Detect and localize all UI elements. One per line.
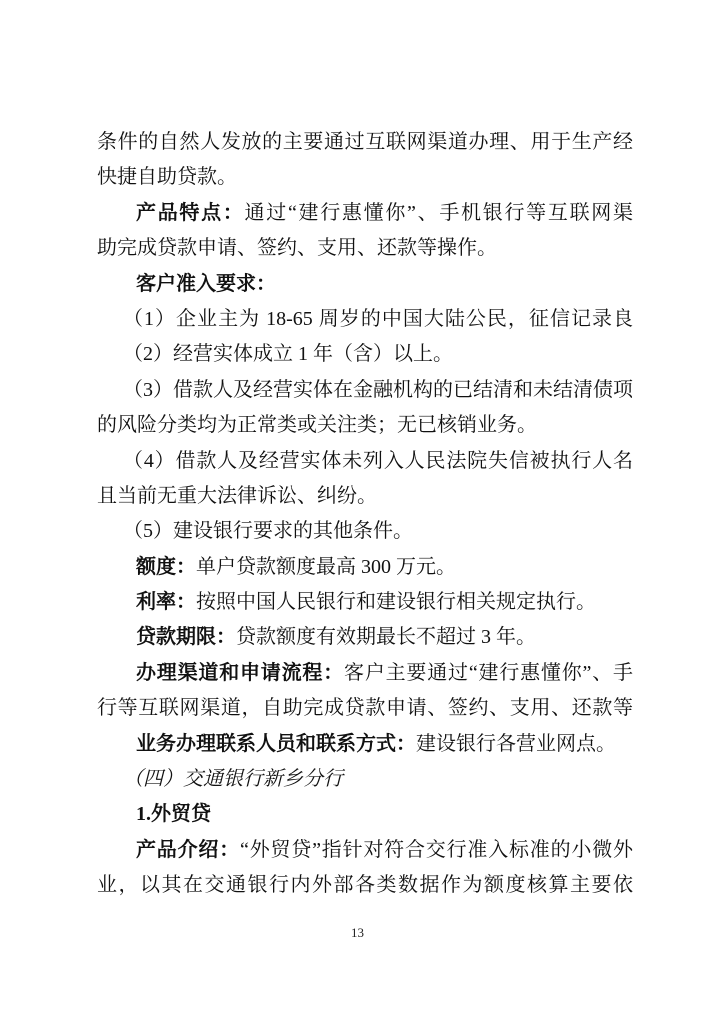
text-line: （四）交通银行新乡分行 xyxy=(97,762,633,797)
text-line: 条件的自然人发放的主要通过互联网渠道办理、用于生产经营的 xyxy=(97,125,633,160)
text-line: 快捷自助贷款。 xyxy=(97,160,633,195)
text-run: （5）建设银行要求的其他条件。 xyxy=(123,520,413,542)
text-run: 贷款额度有效期最长不超过 3 年。 xyxy=(236,626,536,648)
text-line: （4）借款人及经营实体未列入人民法院失信被执行人名单； xyxy=(97,444,633,479)
text-line: （5）建设银行要求的其他条件。 xyxy=(97,514,633,549)
text-line: （3）借款人及经营实体在金融机构的已结清和未结清债项 xyxy=(97,373,633,408)
bold-label: 业务办理联系人员和联系方式： xyxy=(136,733,416,755)
bold-label: 产品介绍： xyxy=(136,839,240,861)
text-run: 助完成贷款申请、签约、支用、还款等操作。 xyxy=(97,237,497,259)
text-run: （3）借款人及经营实体在金融机构的已结清和未结清债项 xyxy=(123,379,633,401)
text-line: 产品特点：通过“建行惠懂你”、手机银行等互联网渠道，自 xyxy=(97,196,633,231)
text-run: 且当前无重大法律诉讼、纠纷。 xyxy=(97,485,377,507)
text-line: 额度：单户贷款额度最高 300 万元。 xyxy=(97,550,633,585)
text-line: 且当前无重大法律诉讼、纠纷。 xyxy=(97,479,633,514)
text-line: （2）经营实体成立 1 年（含）以上。 xyxy=(97,337,633,372)
text-run: 快捷自助贷款。 xyxy=(97,166,237,188)
page-number: 13 xyxy=(0,924,715,942)
text-line: 1.外贸贷 xyxy=(97,797,633,832)
text-line: （1）企业主为 18-65 周岁的中国大陆公民，征信记录良好。 xyxy=(97,302,633,337)
bold-label: 1.外贸贷 xyxy=(136,803,211,825)
text-run: （4）借款人及经营实体未列入人民法院失信被执行人名单； xyxy=(123,450,633,479)
text-run: （1）企业主为 18-65 周岁的中国大陆公民，征信记录良好。 xyxy=(123,308,633,337)
document-body: 条件的自然人发放的主要通过互联网渠道办理、用于生产经营的快捷自助贷款。产品特点：… xyxy=(97,125,633,904)
bold-label: 办理渠道和申请流程： xyxy=(136,662,344,684)
bold-label: 客户准入要求： xyxy=(136,273,276,295)
text-line: 贷款期限：贷款额度有效期最长不超过 3 年。 xyxy=(97,620,633,655)
text-line: 行等互联网渠道，自助完成贷款申请、签约、支用、还款等操作。 xyxy=(97,691,633,726)
text-line: 办理渠道和申请流程：客户主要通过“建行惠懂你”、手机银 xyxy=(97,656,633,691)
text-line: 的风险分类均为正常类或关注类；无已核销业务。 xyxy=(97,408,633,443)
text-line: 助完成贷款申请、签约、支用、还款等操作。 xyxy=(97,231,633,266)
text-run: 建设银行各营业网点。 xyxy=(416,733,616,755)
text-line: 产品介绍：“外贸贷”指针对符合交行准入标准的小微外贸企 xyxy=(97,833,633,868)
text-run: 的风险分类均为正常类或关注类；无已核销业务。 xyxy=(97,414,537,436)
bold-label: 产品特点： xyxy=(136,202,245,224)
text-run: 按照中国人民银行和建设银行相关规定执行。 xyxy=(196,591,596,613)
text-line: 客户准入要求： xyxy=(97,267,633,302)
bold-label: 利率： xyxy=(136,591,196,613)
text-line: 业务办理联系人员和联系方式：建设银行各营业网点。 xyxy=(97,727,633,762)
text-run: 行等互联网渠道，自助完成贷款申请、签约、支用、还款等操作。 xyxy=(97,697,633,726)
document-page: 条件的自然人发放的主要通过互联网渠道办理、用于生产经营的快捷自助贷款。产品特点：… xyxy=(0,0,715,1011)
text-run: 业，以其在交通银行内外部各类数据作为额度核算主要依据，运 xyxy=(97,874,633,903)
text-run: （四）交通银行新乡分行 xyxy=(123,768,343,790)
text-line: 业，以其在交通银行内外部各类数据作为额度核算主要依据，运 xyxy=(97,868,633,903)
bold-label: 额度： xyxy=(136,556,196,578)
text-run: （2）经营实体成立 1 年（含）以上。 xyxy=(123,343,453,365)
text-run: 单户贷款额度最高 300 万元。 xyxy=(196,556,456,578)
text-line: 利率：按照中国人民银行和建设银行相关规定执行。 xyxy=(97,585,633,620)
text-run: 条件的自然人发放的主要通过互联网渠道办理、用于生产经营的 xyxy=(97,131,633,160)
bold-label: 贷款期限： xyxy=(136,626,236,648)
